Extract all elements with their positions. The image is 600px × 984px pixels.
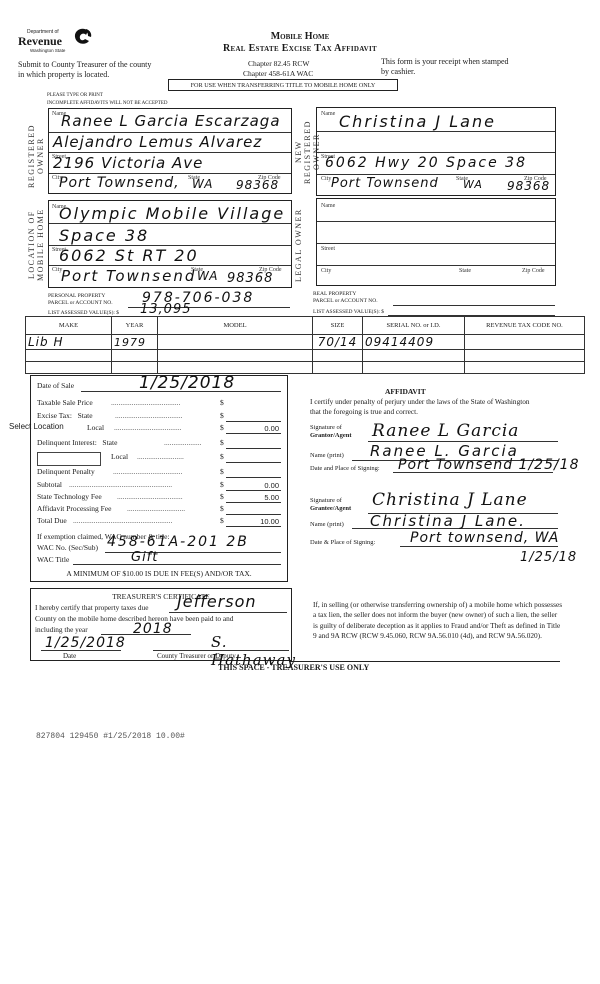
cell-make[interactable] xyxy=(26,350,112,362)
table-row xyxy=(26,362,585,374)
chapter-rcw: Chapter 82.45 RCW xyxy=(248,59,309,68)
city-label: City xyxy=(321,176,331,182)
table-header-row: MAKE YEAR MODEL SIZE SERIAL NO. or I.D. … xyxy=(26,317,585,335)
grantor-name-label: Name (print) xyxy=(310,452,344,459)
personal-property-label: PERSONAL PROPERTY xyxy=(48,293,105,299)
certify-line-1: I hereby certify that property taxes due xyxy=(35,603,148,612)
location-name-1[interactable]: Olympic Mobile Village xyxy=(59,204,285,223)
fee-row-delinquent-penalty: Delinquent Penalty......................… xyxy=(37,467,281,478)
wac-no-label: WAC No. (Sec/Sub) xyxy=(37,543,98,552)
registered-owner-box: Name Ranee L Garcia Escarzaga Alejandro … xyxy=(48,108,292,194)
affidavit-title: AFFIDAVIT xyxy=(385,387,426,396)
grantee-date-place-label: Date & Place of Signing: xyxy=(310,539,375,546)
name-label: Name xyxy=(321,111,335,117)
treasurer-county[interactable]: Jefferson xyxy=(177,592,257,611)
submit-note-2: in which property is located. xyxy=(18,70,109,79)
location-city[interactable]: Port Townsend xyxy=(61,267,196,285)
location-section-label: LOCATION OF MOBILE HOME xyxy=(27,203,49,287)
header-serial: SERIAL NO. or I.D. xyxy=(363,317,465,335)
grantee-signature[interactable]: Christina J Lane xyxy=(372,490,528,510)
cell-year[interactable]: 1979 xyxy=(112,335,158,350)
cell-revenue-code[interactable] xyxy=(465,362,585,374)
grantee-sig-label-1: Signature of xyxy=(310,497,342,504)
registered-owner-state[interactable]: WA xyxy=(192,177,213,191)
state-label: State xyxy=(459,268,471,274)
real-property-label: REAL PROPERTY xyxy=(313,291,356,297)
new-owner-state[interactable]: WA xyxy=(463,178,483,191)
minimum-note: A MINIMUM OF $10.00 IS DUE IN FEE(S) AND… xyxy=(31,569,287,578)
grantor-date-place-label: Date and Place of Signing: xyxy=(310,465,380,472)
cell-size[interactable] xyxy=(313,350,363,362)
treasurer-certificate-box: TREASURER'S CERTIFICATE I hereby certify… xyxy=(30,588,292,661)
parcel-account-label: PARCEL or ACCOUNT NO. xyxy=(48,300,113,306)
grantee-date-place-2[interactable]: 1/25/18 xyxy=(520,550,577,565)
new-owner-street[interactable]: 6062 Hwy 20 Space 38 xyxy=(325,155,527,171)
header-make: MAKE xyxy=(26,317,112,335)
transfer-banner: FOR USE WHEN TRANSFERRING TITLE TO MOBIL… xyxy=(168,79,398,91)
fee-row-total-due: Total Due...............................… xyxy=(37,516,281,527)
personal-assessed-value[interactable]: 13,095 xyxy=(140,302,192,317)
treasurer-date-label: Date xyxy=(63,652,76,660)
cell-model[interactable] xyxy=(158,362,313,374)
registered-owner-section-label: REGISTERED OWNER xyxy=(27,118,49,194)
fee-row-delinquent-interest-local: Local......................... $ xyxy=(37,452,281,463)
receipt-note-1: This form is your receipt when stamped xyxy=(381,57,509,66)
registered-owner-street[interactable]: 2196 Victoria Ave xyxy=(53,154,203,172)
registered-owner-name-2[interactable]: Alejandro Lemus Alvarez xyxy=(53,133,262,151)
cell-serial[interactable] xyxy=(363,350,465,362)
cell-make[interactable]: Lib H xyxy=(26,335,112,350)
location-name-2[interactable]: Space 38 xyxy=(59,226,149,245)
header-model: MODEL xyxy=(158,317,313,335)
registered-owner-name-1[interactable]: Ranee L Garcia Escarzaga xyxy=(61,112,281,130)
grantee-date-place-1[interactable]: Port townsend, WA xyxy=(410,530,559,546)
city-label: City xyxy=(321,268,331,274)
treasurer-year[interactable]: 2018 xyxy=(133,621,173,637)
new-owner-name-1[interactable]: Christina J Lane xyxy=(339,112,496,131)
new-owner-zip[interactable]: 98368 xyxy=(507,179,550,193)
new-owner-city[interactable]: Port Townsend xyxy=(331,176,439,191)
table-row: Lib H 1979 70/14 09414409 xyxy=(26,335,585,350)
cell-make[interactable] xyxy=(26,362,112,374)
new-registered-owner-box: Name Christina J Lane Street 6062 Hwy 20… xyxy=(316,107,556,196)
grantor-sig-label-1: Signature of xyxy=(310,424,342,431)
treasurer-date[interactable]: 1/25/2018 xyxy=(45,635,126,651)
receipt-note-2: by cashier. xyxy=(381,67,415,76)
cell-size[interactable]: 70/14 xyxy=(313,335,363,350)
zip-label: Zip Code xyxy=(522,268,545,274)
fee-row-subtotal: Subtotal................................… xyxy=(37,480,281,491)
fee-row-excise-state: Excise Tax: State.......................… xyxy=(37,411,281,422)
grantor-signature[interactable]: Ranee L Garcia xyxy=(372,421,519,441)
street-label: Street xyxy=(321,246,335,252)
wac-no-value[interactable]: 458-61A-201 2B xyxy=(107,534,249,550)
name-label: Name xyxy=(321,203,335,209)
legal-owner-box: Name Street City State Zip Code xyxy=(316,198,556,286)
registered-owner-zip[interactable]: 98368 xyxy=(236,178,279,192)
lien-notice: If, in selling (or otherwise transferrin… xyxy=(313,600,563,641)
location-zip[interactable]: 98368 xyxy=(227,271,273,286)
treasurer-signature-label: County Treasurer or Deputy xyxy=(157,652,236,660)
certify-line-3: including the year xyxy=(35,625,88,634)
table-row xyxy=(26,350,585,362)
location-street[interactable]: 6062 St RT 20 xyxy=(59,246,199,265)
grantee-name-print[interactable]: Christina J Lane. xyxy=(370,512,526,530)
fee-row-excise-local: Local...................................… xyxy=(37,423,281,434)
treasurer-use-only: THIS SPACE - TREASURER'S USE ONLY xyxy=(218,663,369,672)
grantee-name-label: Name (print) xyxy=(310,521,344,528)
cell-revenue-code[interactable] xyxy=(465,335,585,350)
mobile-home-table: MAKE YEAR MODEL SIZE SERIAL NO. or I.D. … xyxy=(25,316,585,374)
new-registered-owner-section-label: NEW REGISTERED OWNER xyxy=(294,108,316,196)
submit-note-1: Submit to County Treasurer of the county xyxy=(18,60,151,69)
divider xyxy=(290,661,560,662)
registered-owner-city[interactable]: Port Townsend, xyxy=(59,175,180,191)
cell-model[interactable] xyxy=(158,350,313,362)
chapter-wac: Chapter 458-61A WAC xyxy=(243,69,313,78)
instruction-incomplete: INCOMPLETE AFFIDAVITS WILL NOT BE ACCEPT… xyxy=(47,101,168,106)
legal-owner-section-label: LEGAL OWNER xyxy=(294,205,316,285)
location-state[interactable]: WA xyxy=(197,269,218,283)
cell-model[interactable] xyxy=(158,335,313,350)
form-title-line1: Mobile Home xyxy=(0,31,600,42)
grantee-sig-label-2: Grantee/Agent xyxy=(310,505,351,512)
select-location-label: Select Location xyxy=(9,422,64,431)
date-of-sale-label: Date of Sale xyxy=(37,381,74,390)
grantor-date-place[interactable]: Port Townsend 1/25/18 xyxy=(398,457,580,473)
header-year: YEAR xyxy=(112,317,158,335)
affidavit-statement: I certify under penalty of perjury under… xyxy=(310,397,532,417)
cell-year[interactable] xyxy=(112,362,158,374)
cell-revenue-code[interactable] xyxy=(465,350,585,362)
header-revenue-code: REVENUE TAX CODE NO. xyxy=(465,317,585,335)
fee-row-taxable-sale-price: Taxable Sale Price......................… xyxy=(37,398,281,409)
cell-serial[interactable]: 09414409 xyxy=(363,335,465,350)
grantor-sig-label-2: Grantor/Agent xyxy=(310,432,352,439)
real-assessed-label: LIST ASSESSED VALUE(S): $ xyxy=(313,309,384,315)
real-parcel-label: PARCEL or ACCOUNT NO. xyxy=(313,298,378,304)
fee-row-delinquent-interest-state: Delinquent Interest: State..............… xyxy=(37,438,281,449)
fee-row-affidavit-processing-fee: Affidavit Processing Fee................… xyxy=(37,504,281,515)
cell-size[interactable] xyxy=(313,362,363,374)
receipt-stamp: 827804 129450 #1/25/2018 10.00# xyxy=(36,732,185,741)
form-title-line2: Real Estate Excise Tax Affidavit xyxy=(0,43,600,54)
date-of-sale-value[interactable]: 1/25/2018 xyxy=(139,373,235,393)
location-box: Name Olympic Mobile Village Space 38 Str… xyxy=(48,200,292,288)
instruction-type-print: PLEASE TYPE OR PRINT xyxy=(47,93,103,98)
wac-title-value[interactable]: Gift xyxy=(131,550,158,565)
cell-year[interactable] xyxy=(112,350,158,362)
wac-title-label: WAC Title xyxy=(37,555,69,564)
fees-box: Date of Sale 1/25/2018 Taxable Sale Pric… xyxy=(30,375,288,582)
header-size: SIZE xyxy=(313,317,363,335)
real-parcel-input[interactable] xyxy=(393,305,555,306)
cell-serial[interactable] xyxy=(363,362,465,374)
fee-row-state-technology-fee: State Technology Fee....................… xyxy=(37,492,281,503)
